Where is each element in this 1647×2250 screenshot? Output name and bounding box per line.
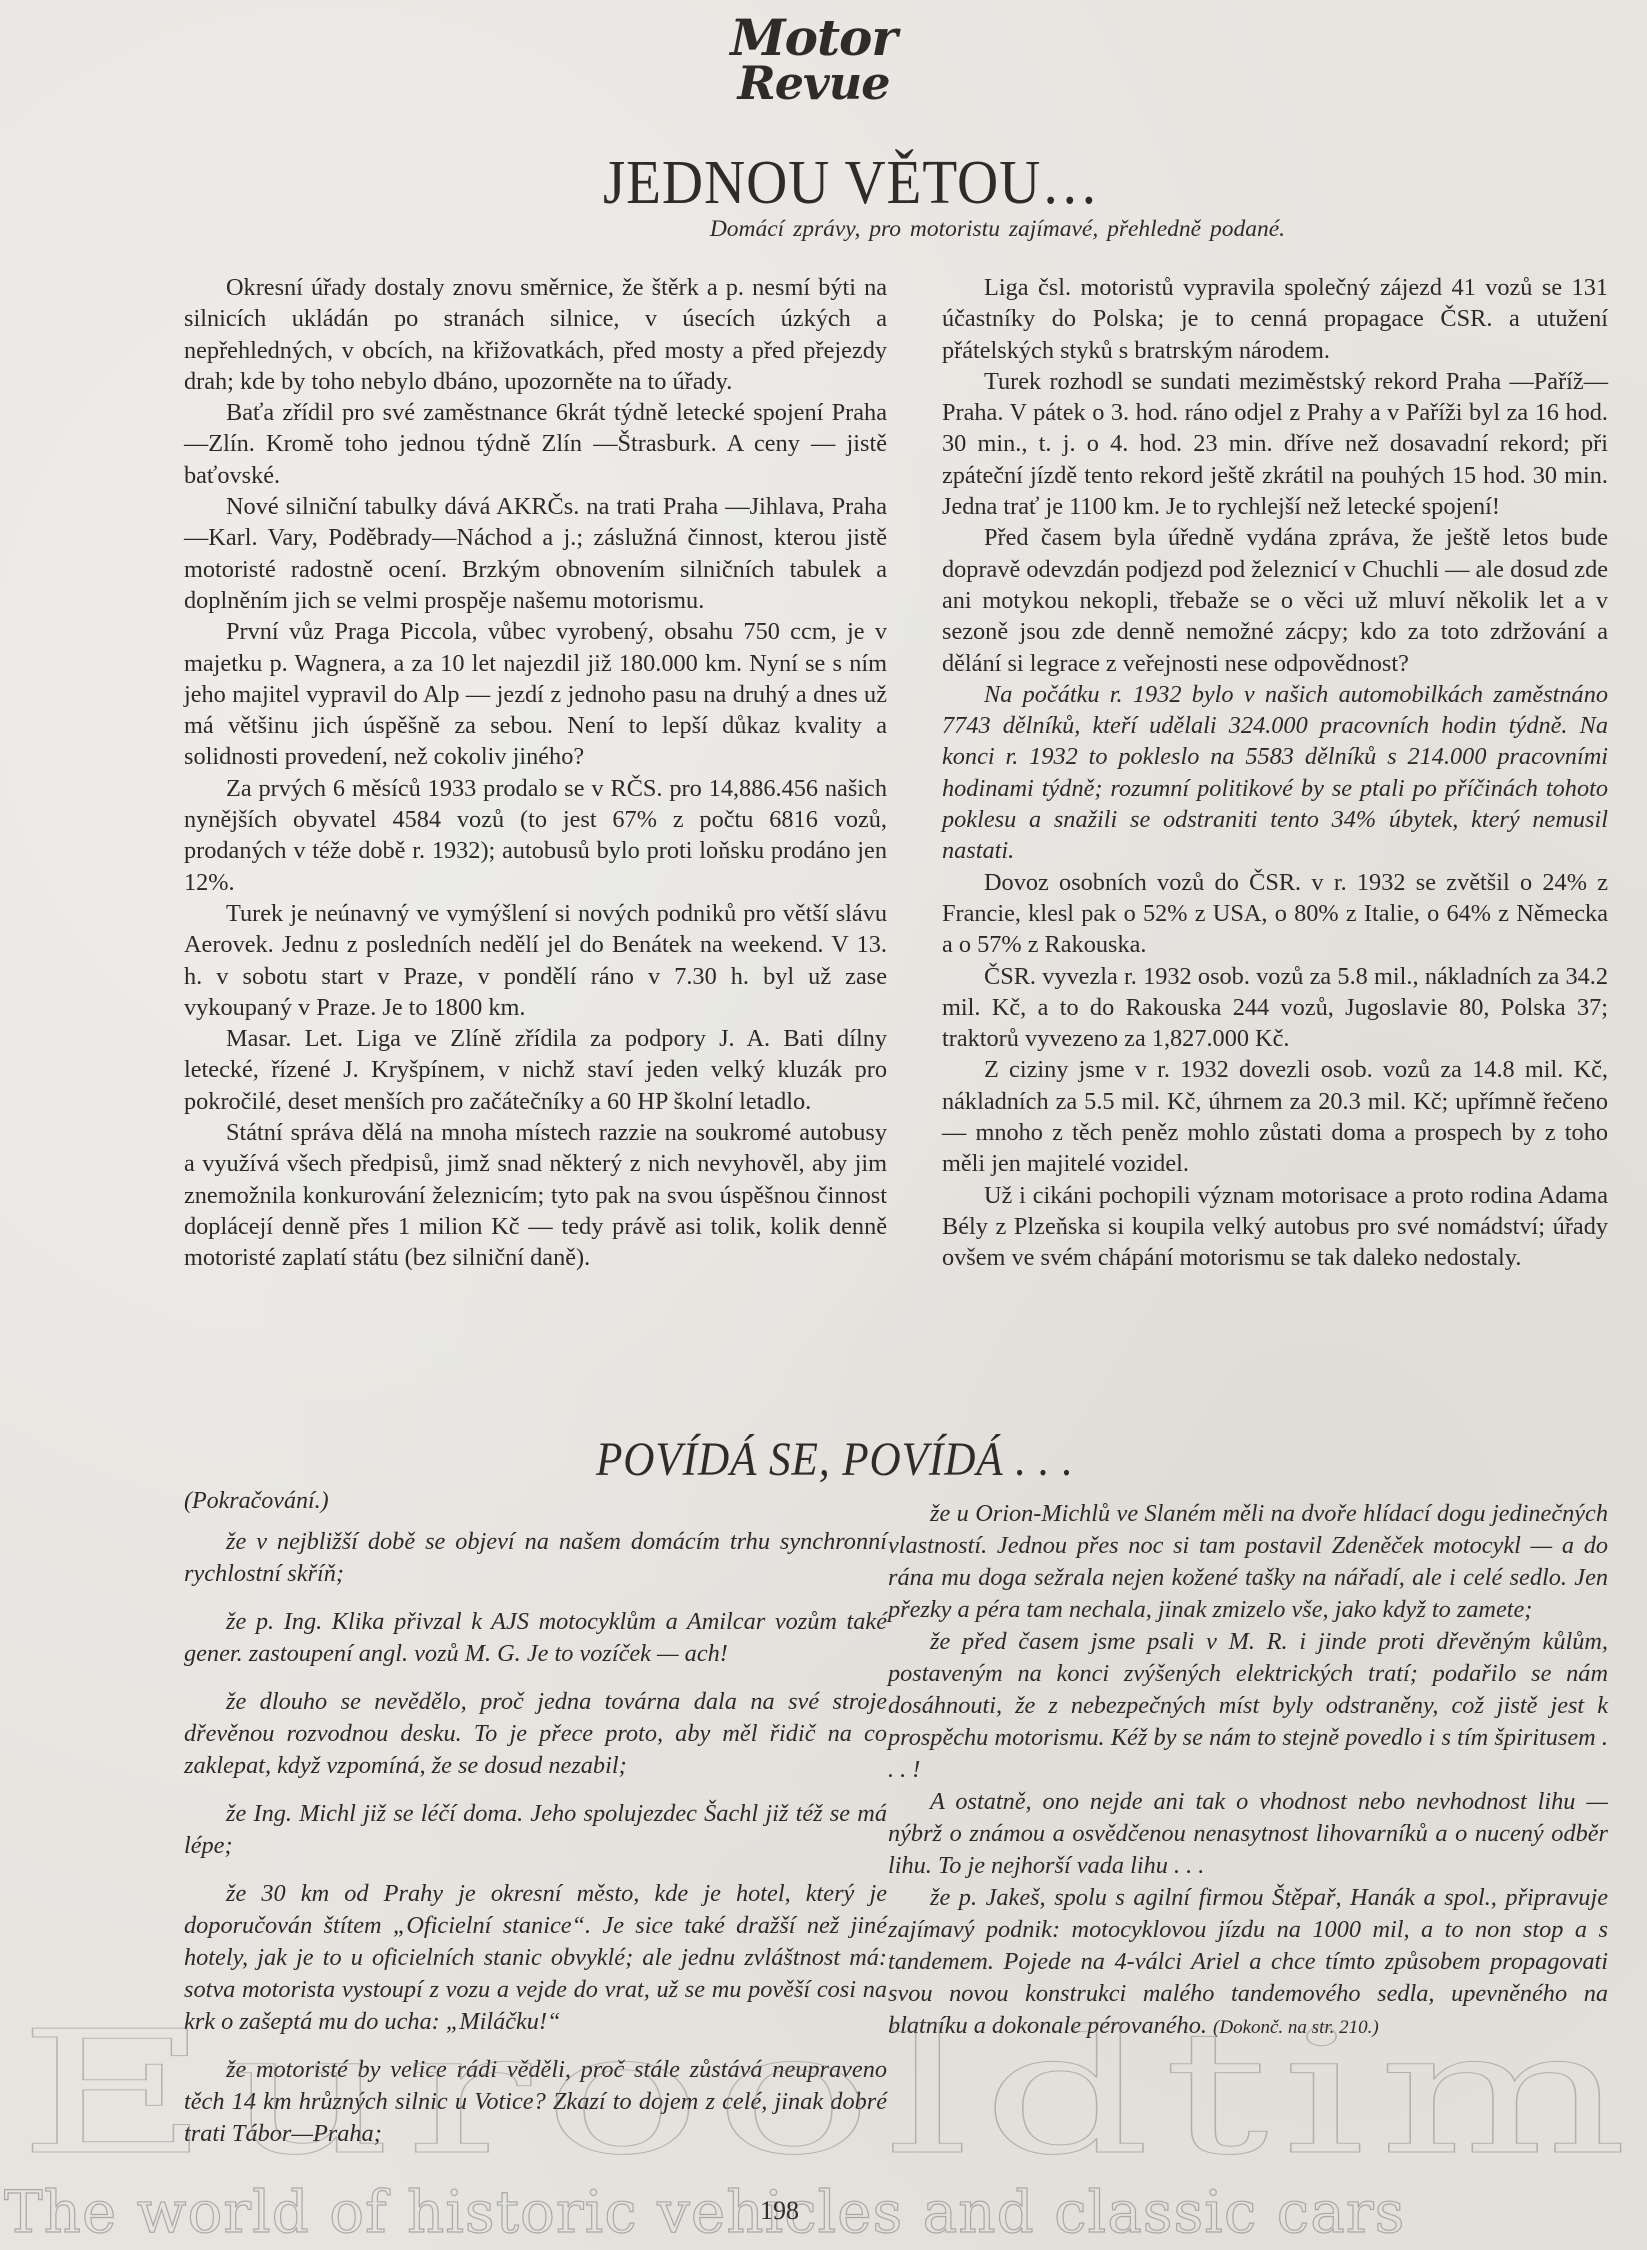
gossip-paragraph: že Ing. Michl již se léčí doma. Jeho spo… [184, 1798, 887, 1862]
news-paragraph: Baťa zřídil pro své zaměstnance 6krát tý… [184, 397, 887, 491]
gossip-paragraph: že u Orion-Michlů ve Slaném měli na dvoř… [888, 1498, 1608, 1626]
news-paragraph: Liga čsl. motoristů vypravila společný z… [942, 272, 1608, 366]
news-paragraph: Okresní úřady dostaly znovu směrnice, že… [184, 272, 887, 397]
page-number: 198 [0, 2196, 1603, 2226]
news-column-right: Liga čsl. motoristů vypravila společný z… [942, 272, 1608, 1274]
gossip-paragraph: že 30 km od Prahy je okresní město, kde … [184, 1878, 887, 2038]
news-paragraph: Už i cikáni pochopili význam motorisace … [942, 1180, 1608, 1274]
news-paragraph: ČSR. vyvezla r. 1932 osob. vozů za 5.8 m… [942, 961, 1608, 1055]
article-title: JEDNOU VĚTOU… [93, 148, 1608, 219]
news-paragraph: Dovoz osobních vozů do ČSR. v r. 1932 se… [942, 867, 1608, 961]
section-heading: POVÍDÁ SE, POVÍDÁ . . . [596, 1432, 1074, 1487]
gossip-column-left: že v nejbližší době se objeví na našem d… [184, 1526, 887, 2166]
continued-label: (Pokračování.) [184, 1488, 329, 1515]
gossip-paragraph: A ostatně, ono nejde ani tak o vhodnost … [888, 1786, 1608, 1882]
gossip-paragraph-text: že p. Jakeš, spolu s agilní firmou Štěpa… [888, 1884, 1608, 2039]
news-paragraph: Za prvých 6 měsíců 1933 prodalo se v RČS… [184, 773, 887, 898]
magazine-masthead: Motor Revue [0, 14, 1647, 105]
gossip-paragraph: že v nejbližší době se objeví na našem d… [184, 1526, 887, 1590]
article-subtitle: Domácí zprávy, pro motoristu zajímavé, p… [480, 216, 1285, 243]
news-paragraph-italic: Na počátku r. 1932 bylo v našich automob… [942, 679, 1608, 867]
gossip-paragraph: že dlouho se nevědělo, proč jedna továrn… [184, 1686, 887, 1782]
news-column-left: Okresní úřady dostaly znovu směrnice, že… [184, 272, 887, 1274]
masthead-line-2: Revue [0, 62, 1637, 106]
gossip-column-right: že u Orion-Michlů ve Slaném měli na dvoř… [888, 1498, 1608, 2044]
gossip-paragraph: že před časem jsme psali v M. R. i jinde… [888, 1626, 1608, 1786]
gossip-paragraph: že p. Jakeš, spolu s agilní firmou Štěpa… [888, 1882, 1608, 2044]
continued-note: (Dokonč. na str. 210.) [1213, 2017, 1379, 2038]
masthead-line-1: Motor [0, 14, 1637, 62]
news-paragraph: Před časem byla úředně vydána zpráva, že… [942, 522, 1608, 678]
news-paragraph: Z ciziny jsme v r. 1932 dovezli osob. vo… [942, 1054, 1608, 1179]
news-paragraph: První vůz Praga Piccola, vůbec vyrobený,… [184, 616, 887, 772]
news-paragraph: Turek je neúnavný ve vymýšlení si nových… [184, 898, 887, 1023]
news-paragraph: Masar. Let. Liga ve Zlíně zřídila za pod… [184, 1023, 887, 1117]
news-paragraph: Státní správa dělá na mnoha místech razz… [184, 1117, 887, 1273]
gossip-paragraph: že motoristé by velice rádi věděli, proč… [184, 2054, 887, 2150]
gossip-paragraph: že p. Ing. Klika přivzal k AJS motocyklů… [184, 1606, 887, 1670]
news-paragraph: Turek rozhodl se sundati meziměstský rek… [942, 366, 1608, 522]
news-paragraph: Nové silniční tabulky dává AKRČs. na tra… [184, 491, 887, 616]
